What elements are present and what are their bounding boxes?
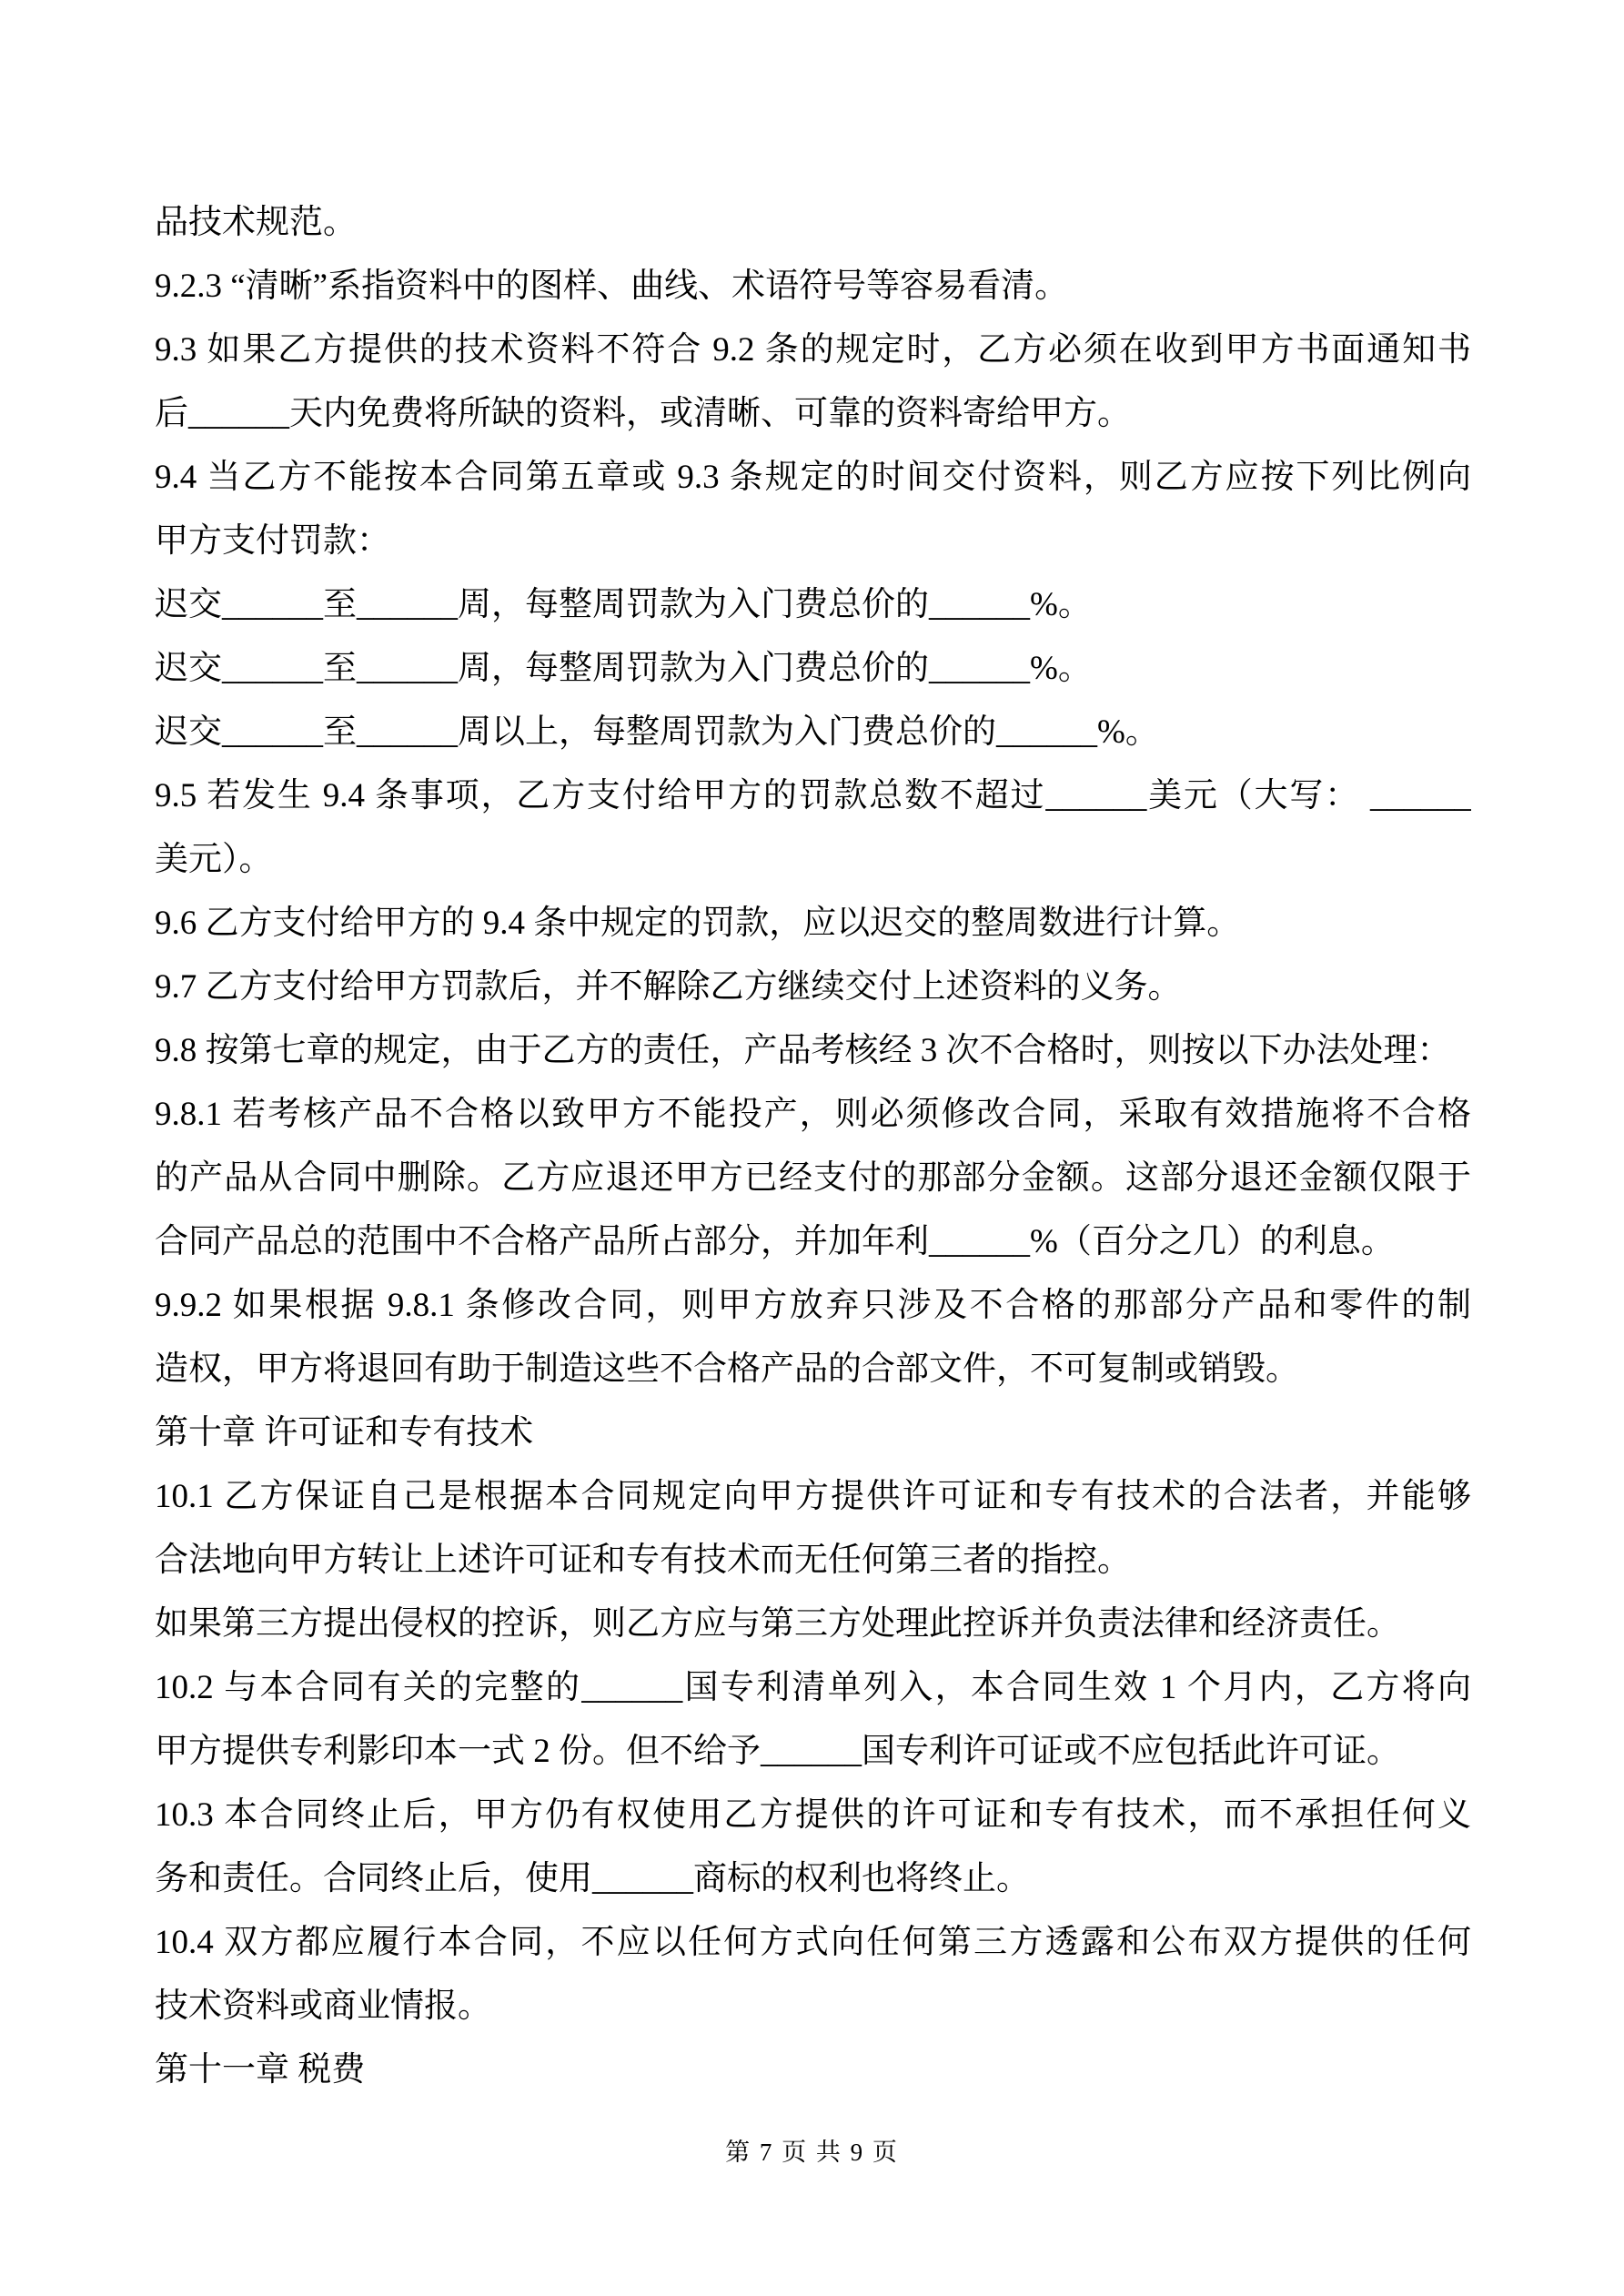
text-line: 9.7 乙方支付给甲方罚款后，并不解除乙方继续交付上述资料的义务。 — [155, 956, 1471, 1019]
text-line: 合法地向甲方转让上述许可证和专有技术而无任何第三者的指控。 — [155, 1529, 1471, 1593]
text-line: 迟交______至______周，每整周罚款为入门费总价的______%。 — [155, 573, 1471, 637]
document-body: 品技术规范。 9.2.3 “清晰”系指资料中的图样、曲线、术语符号等容易看清。 … — [155, 191, 1471, 2102]
page-number-footer: 第 7 页 共 9 页 — [0, 2134, 1624, 2170]
text-line: 9.9.2 如果根据 9.8.1 条修改合同，则甲方放弃只涉及不合格的那部分产品… — [155, 1274, 1471, 1338]
text-line: 的产品从合同中删除。乙方应退还甲方已经支付的那部分金额。这部分退还金额仅限于 — [155, 1147, 1471, 1210]
text-line: 务和责任。合同终止后，使用______商标的权利也将终止。 — [155, 1847, 1471, 1911]
text-line: 美元）。 — [155, 828, 1471, 892]
document-page: 品技术规范。 9.2.3 “清晰”系指资料中的图样、曲线、术语符号等容易看清。 … — [0, 0, 1624, 2296]
text-line: 迟交______至______周，每整周罚款为入门费总价的______%。 — [155, 637, 1471, 701]
text-line: 造权，甲方将退回有助于制造这些不合格产品的合部文件，不可复制或销毁。 — [155, 1338, 1471, 1401]
text-line: 9.8.1 若考核产品不合格以致甲方不能投产，则必须修改合同，采取有效措施将不合… — [155, 1083, 1471, 1147]
text-line: 如果第三方提出侵权的控诉，则乙方应与第三方处理此控诉并负责法律和经济责任。 — [155, 1593, 1471, 1656]
text-line: 品技术规范。 — [155, 191, 1471, 255]
text-line: 9.2.3 “清晰”系指资料中的图样、曲线、术语符号等容易看清。 — [155, 255, 1471, 319]
text-line: 甲方支付罚款： — [155, 510, 1471, 573]
text-line: 9.6 乙方支付给甲方的 9.4 条中规定的罚款，应以迟交的整周数进行计算。 — [155, 892, 1471, 956]
text-line: 后______天内免费将所缺的资料，或清晰、可靠的资料寄给甲方。 — [155, 382, 1471, 446]
chapter-heading: 第十章 许可证和专有技术 — [155, 1401, 1471, 1465]
text-line: 9.3 如果乙方提供的技术资料不符合 9.2 条的规定时，乙方必须在收到甲方书面… — [155, 319, 1471, 382]
text-line: 9.8 按第七章的规定，由于乙方的责任，产品考核经 3 次不合格时，则按以下办法… — [155, 1019, 1471, 1083]
text-line: 10.1 乙方保证自己是根据本合同规定向甲方提供许可证和专有技术的合法者，并能够 — [155, 1465, 1471, 1529]
text-line: 9.4 当乙方不能按本合同第五章或 9.3 条规定的时间交付资料，则乙方应按下列… — [155, 446, 1471, 510]
text-line: 技术资料或商业情报。 — [155, 1975, 1471, 2038]
text-line: 9.5 若发生 9.4 条事项，乙方支付给甲方的罚款总数不超过______美元（… — [155, 764, 1471, 828]
text-line: 甲方提供专利影印本一式 2 份。但不给予______国专利许可证或不应包括此许可… — [155, 1720, 1471, 1784]
text-line: 合同产品总的范围中不合格产品所占部分，并加年利______%（百分之几）的利息。 — [155, 1210, 1471, 1274]
text-line: 10.3 本合同终止后，甲方仍有权使用乙方提供的许可证和专有技术，而不承担任何义 — [155, 1784, 1471, 1847]
text-line: 10.4 双方都应履行本合同，不应以任何方式向任何第三方透露和公布双方提供的任何 — [155, 1911, 1471, 1975]
chapter-heading: 第十一章 税费 — [155, 2038, 1471, 2102]
text-line: 10.2 与本合同有关的完整的______国专利清单列入，本合同生效 1 个月内… — [155, 1656, 1471, 1720]
text-line: 迟交______至______周以上，每整周罚款为入门费总价的______%。 — [155, 701, 1471, 764]
